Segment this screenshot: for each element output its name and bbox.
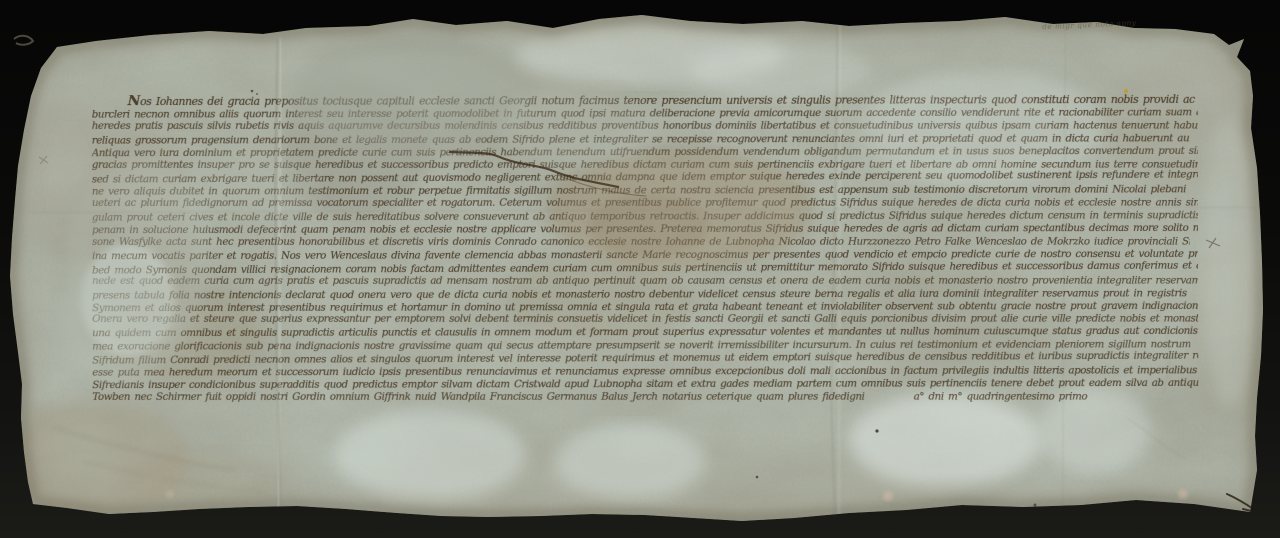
bottom-right-ink-flourish: [1227, 494, 1259, 513]
manuscript-line-final-dated: Towben nec Schirmer fuit oppidi nostri G…: [92, 390, 1198, 403]
manuscript-line: nede est quod eadem curia cum agris prat…: [92, 274, 1198, 287]
fold-bulge-highlight: [334, 409, 526, 501]
manuscript-line: sone Wasfylke acta sunt hec presentibus …: [92, 235, 1190, 248]
archival-note: de migr que nota apny: [1042, 16, 1192, 32]
photo-of-medieval-parchment: Nos Iohannes dei gracia prepositus tociu…: [0, 0, 1280, 538]
manuscript-line: Antiqua vero iura dominium et proprietat…: [92, 144, 1198, 159]
manuscript-line: ueteri ac plurium fidedignorum ad premis…: [92, 197, 1198, 210]
manuscript-line: heredes pratis pascuis silvis rubetis ri…: [92, 119, 1198, 132]
bottom-left-tick-mark: [17, 508, 31, 514]
manuscript-line: Onera vero regalia et steure que superiu…: [92, 313, 1198, 326]
handwriting-block: Nos Iohannes dei gracia prepositus tociu…: [92, 93, 1199, 407]
top-left-corner-hook: [14, 36, 33, 45]
